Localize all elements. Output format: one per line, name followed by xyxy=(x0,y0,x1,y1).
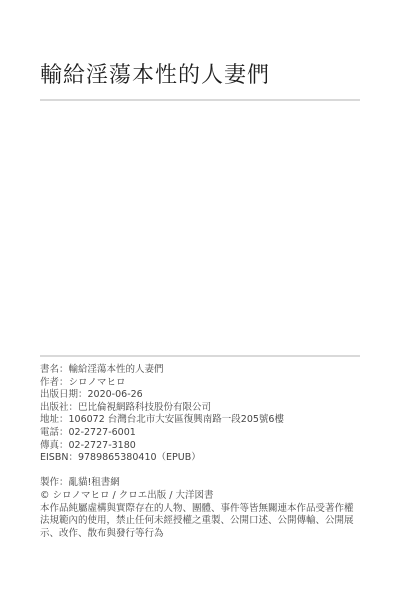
publisher-line: 出版社：巴比倫視網路科技股份有限公司 xyxy=(40,402,360,415)
copyright-line: © シロノマヒロ / クロエ出版 / 大洋図書 xyxy=(40,490,360,503)
address-line: 地址：106072 台灣台北市大安區復興南路一段205號6樓 xyxy=(40,414,360,427)
phone-line: 電話：02-2727-6001 xyxy=(40,427,360,440)
fax-line: 傳真：02-2727-3180 xyxy=(40,440,360,453)
publish-date-line: 出版日期：2020-06-26 xyxy=(40,389,360,402)
spacer xyxy=(40,465,360,478)
book-title: 輸給淫蕩本性的人妻們 xyxy=(40,62,270,90)
colophon-divider xyxy=(40,355,360,357)
title-divider xyxy=(40,99,360,101)
production-line: 製作：亂貓!租書網 xyxy=(40,477,360,490)
copyright-notice: 本作品純屬虛構與實際存在的人物、團體、事件等皆無關連本作品受著作權法規範內的使用… xyxy=(40,503,360,541)
book-name-line: 書名：輸給淫蕩本性的人妻們 xyxy=(40,364,360,377)
eisbn-line: EISBN：9789865380410（EPUB） xyxy=(40,452,360,465)
colophon: 書名：輸給淫蕩本性的人妻們 作者：シロノマヒロ 出版日期：2020-06-26 … xyxy=(40,364,360,540)
author-line: 作者：シロノマヒロ xyxy=(40,377,360,390)
